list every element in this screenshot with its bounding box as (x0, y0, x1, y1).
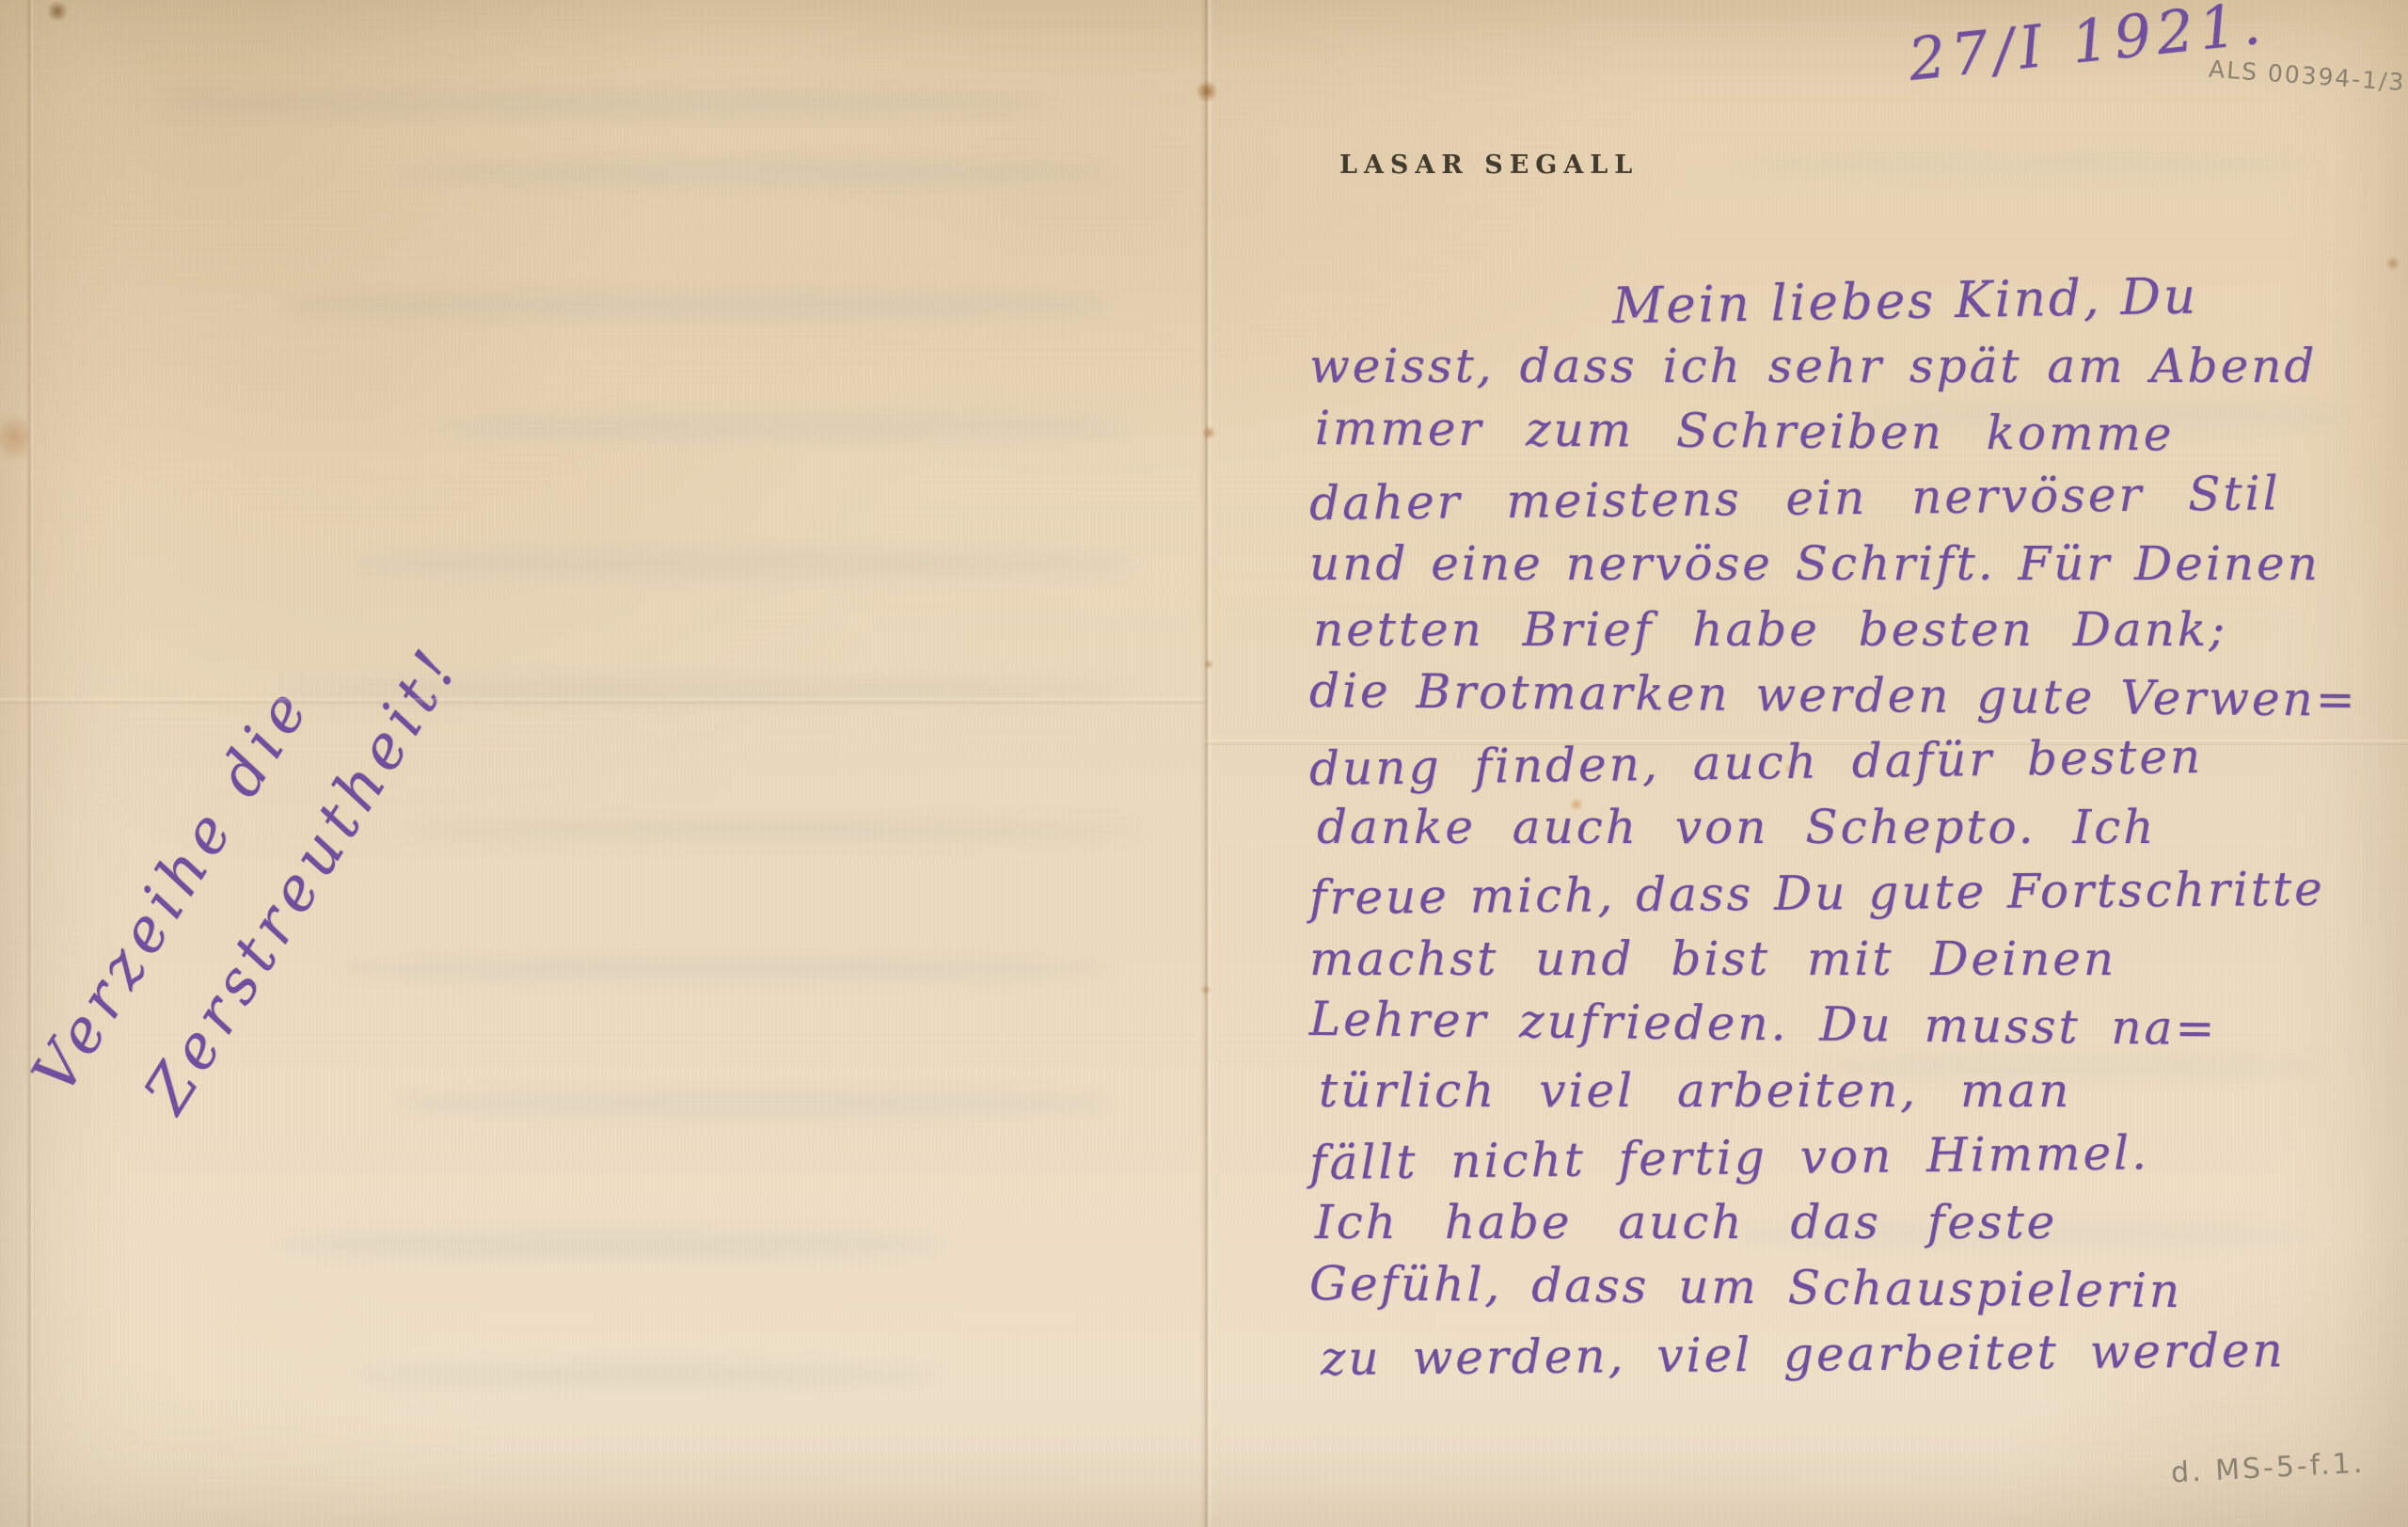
left-edge-crease (26, 0, 34, 1527)
letter-line: Mein liebes Kind, Du (1611, 261, 2400, 341)
bleed-through (1733, 151, 2316, 175)
letter-line: danke auch von Schepto. Ich (1317, 794, 2400, 860)
letter-line: freue mich, dass Du gute Fortschritte (1309, 855, 2401, 931)
letter-line: zu werden, viel gearbeitet werden (1321, 1316, 2401, 1392)
letter-line: machst und bist mit Deinen (1309, 926, 2400, 992)
letter-body: Mein liebes Kind, Du weisst, dass ich se… (1309, 267, 2400, 1387)
letter-line: daher meistens ein nervöser Stil (1309, 459, 2401, 536)
bleed-through (357, 1364, 941, 1387)
letter-line: dung finden, auch dafür besten (1309, 721, 2401, 802)
letter-line: netten Brief habe besten Dank; (1313, 596, 2400, 662)
letter-line: Gefühl, dass um Schauspielerin (1309, 1250, 2401, 1326)
letter-line: Ich habe auch das feste (1315, 1189, 2400, 1255)
left-page: Verzeihe die Zerstreutheit! (0, 0, 1206, 1527)
bleed-through (160, 89, 1053, 118)
bleed-through (433, 414, 1129, 438)
bleed-through (339, 955, 1110, 981)
bleed-through (395, 1091, 1110, 1116)
center-fold-crease (1200, 0, 1213, 1527)
letterhead: LASAR SEGALL (1339, 151, 1639, 180)
letter-line: fällt nicht fertig von Himmel. (1309, 1117, 2401, 1196)
bleed-through (282, 1233, 941, 1257)
letter-scan: Verzeihe die Zerstreutheit! LASAR SEGALL… (0, 0, 2408, 1527)
letter-line: türlich viel arbeiten, man (1319, 1058, 2400, 1123)
letter-line: immer zum Schreiben komme (1315, 395, 2400, 469)
letter-line: weisst, dass ich sehr spät am Abend (1309, 333, 2400, 399)
bleed-through (282, 292, 1110, 318)
letter-line: Lehrer zufrieden. Du musst na= (1309, 986, 2401, 1063)
letter-line: die Brotmarken werden gute Verwen= (1309, 658, 2401, 733)
fold-line-horizontal (0, 698, 1206, 704)
bleed-through (395, 160, 1110, 184)
bleed-through (404, 819, 1138, 843)
diagonal-note: Verzeihe die Zerstreutheit! (4, 485, 542, 1170)
letter-line: und eine nervöse Schrift. Für Deinen (1309, 531, 2400, 596)
